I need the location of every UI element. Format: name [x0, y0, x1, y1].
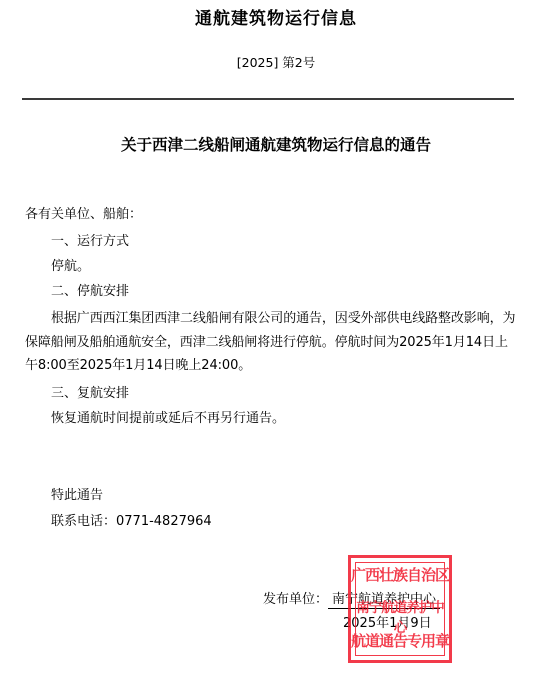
official-seal-stamp: 广西壮族自治区 南宁航道养护中心 航道通告专用章: [348, 555, 452, 663]
section-1-content: 停航。: [51, 259, 90, 275]
section-2-heading: 二、停航安排: [51, 284, 129, 300]
header-divider: [22, 98, 514, 100]
notice-title: 关于西津二线船闸通航建筑物运行信息的通告: [0, 133, 552, 155]
document-number: [2025] 第2号: [0, 53, 552, 71]
section-1-heading: 一、运行方式: [51, 234, 129, 250]
section-2-content: 根据广西西江集团西津二线船闸有限公司的通告，因受外部供电线路整改影响，为保障船闸…: [25, 307, 520, 378]
section-3-content: 恢复通航时间提前或延后不再另行通告。: [51, 411, 285, 427]
closing-text: 特此通告: [51, 488, 103, 504]
document-header-title: 通航建筑物运行信息: [0, 4, 552, 29]
salutation: 各有关单位、船舶：: [25, 207, 142, 223]
stamp-line-3: 航道通告专用章: [351, 630, 449, 651]
contact-phone: 联系电话：0771-4827964: [51, 514, 212, 530]
stamp-line-1: 广西壮族自治区: [351, 564, 449, 585]
publisher-label: 发布单位：: [263, 592, 328, 607]
section-3-heading: 三、复航安排: [51, 386, 129, 402]
